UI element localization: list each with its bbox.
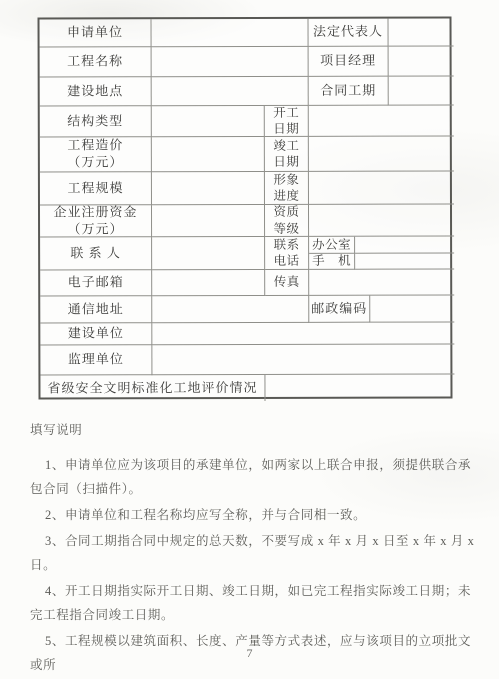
postal-code-value (370, 295, 454, 322)
office-phone-label: 办公室 (309, 237, 355, 254)
registered-capital-value (152, 205, 265, 237)
image-progress-value (309, 171, 454, 204)
legal-representative-value (389, 18, 454, 46)
start-date-value (309, 105, 454, 136)
office-phone-value (355, 236, 454, 253)
fill-in-instructions: 填写说明 1、申请单位应为该项目的承建单位，如两家以上联合申报，须提供联合承包合… (30, 421, 476, 679)
project-name-value (152, 47, 309, 77)
application-form-table: 申请单位 法定代表人 工程名称 项目经理 建设地点 合同工期 结构类型 开工 日… (38, 16, 453, 399)
project-cost-value (152, 137, 265, 172)
project-cost-label: 工程造价 （万元） (40, 137, 152, 172)
project-name-label: 工程名称 (40, 47, 152, 77)
project-scale-value (152, 172, 265, 205)
structure-type-value (152, 106, 265, 137)
registered-capital-label: 企业注册资金 （万元） (40, 205, 152, 237)
contract-period-label: 合同工期 (309, 77, 389, 106)
fax-label: 传真 (265, 270, 309, 296)
legal-representative-label: 法定代表人 (309, 19, 389, 47)
instruction-item-1: 1、申请单位应为该项目的承建单位，如两家以上联合申报，须提供联合承包合同（扫描件… (30, 453, 476, 501)
image-progress-label: 形象 进度 (265, 172, 309, 205)
contact-phone-label: 联系 电话 (265, 237, 309, 270)
mobile-phone-label: 手 机 (309, 254, 355, 270)
fax-value (309, 269, 454, 295)
build-location-label: 建设地点 (40, 77, 152, 106)
mailing-address-value (152, 296, 309, 323)
build-location-value (152, 77, 309, 106)
project-scale-label: 工程规模 (40, 172, 152, 205)
project-manager-value (389, 46, 454, 76)
instruction-item-3: 3、合同工期指合同中规定的总天数，不要写成 x 年 x 月 x 日至 x 年 x… (30, 529, 476, 577)
start-date-label: 开工 日期 (265, 106, 309, 137)
instructions-heading: 填写说明 (30, 421, 476, 439)
completion-date-value (309, 136, 454, 171)
project-manager-label: 项目经理 (309, 47, 389, 77)
contact-person-value (152, 237, 265, 270)
structure-type-label: 结构类型 (40, 106, 152, 137)
mailing-address-label: 通信地址 (40, 296, 152, 323)
completion-date-label: 竣工 日期 (265, 137, 309, 172)
email-label: 电子邮箱 (40, 270, 152, 296)
scanned-form-page: 申请单位 法定代表人 工程名称 项目经理 建设地点 合同工期 结构类型 开工 日… (0, 0, 499, 679)
mobile-phone-value (355, 253, 454, 269)
postal-code-label: 邮政编码 (309, 296, 370, 323)
qualification-grade-value (309, 204, 454, 236)
qualification-grade-label: 资质 等级 (265, 205, 309, 237)
instruction-item-2: 2、申请单位和工程名称均应写全称，并与合同相一致。 (30, 503, 476, 527)
construction-unit-value (152, 322, 454, 345)
page-number: 7 (0, 646, 499, 661)
applicant-label: 申请单位 (40, 19, 152, 47)
contract-period-value (389, 76, 454, 105)
email-value (152, 270, 265, 296)
instruction-item-4: 4、开工日期指实际开工日期、竣工日期，如已完工程指实际竣工日期；未完工程指合同竣… (30, 579, 476, 627)
supervision-unit-label: 监理单位 (40, 345, 152, 375)
construction-unit-label: 建设单位 (40, 323, 152, 345)
provincial-evaluation-label: 省级安全文明标准化工地评价情况 (40, 375, 265, 402)
supervision-unit-value (152, 344, 454, 375)
provincial-evaluation-value (265, 374, 454, 400)
contact-person-label: 联 系 人 (40, 237, 152, 270)
applicant-value (152, 19, 309, 47)
